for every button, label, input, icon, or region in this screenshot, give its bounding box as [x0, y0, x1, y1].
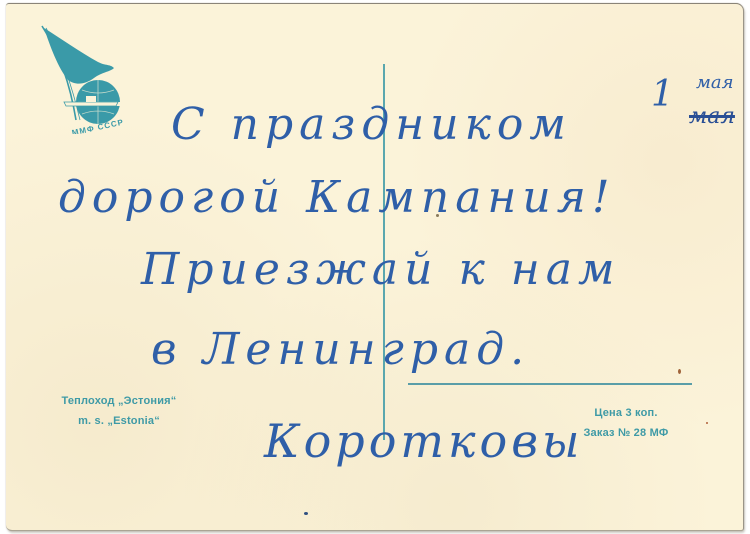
- paper-speck: [436, 214, 439, 217]
- paper-speck: [304, 512, 308, 515]
- handwritten-line-2: дорогой Кампания!: [58, 172, 616, 223]
- handwritten-date-struck: мая: [689, 104, 735, 129]
- handwritten-line-4: в Ленинград.: [151, 324, 530, 375]
- ship-name-en: m. s. „Estonia“: [44, 411, 194, 431]
- flag-globe-ship-icon: ММФ СССР: [40, 24, 126, 134]
- price-text: Цена 3 коп.: [576, 403, 676, 423]
- paper-speck: [678, 369, 681, 374]
- handwritten-signature: Коротковы: [264, 414, 583, 468]
- paper-speck: [706, 422, 708, 424]
- ship-caption: Теплоход „Эстония“ m. s. „Estonia“: [44, 391, 194, 431]
- handwritten-date-month: мая: [696, 72, 734, 93]
- handwritten-line-3: Приезжай к нам: [141, 244, 620, 295]
- postcard: ММФ СССР Теплоход „Эстония“ m. s. „Eston…: [6, 3, 744, 531]
- price-block: Цена 3 коп. Заказ № 28 МФ: [576, 403, 676, 443]
- handwritten-line-1: С праздником: [171, 99, 572, 150]
- mmf-logo: ММФ СССР: [40, 24, 126, 134]
- ship-name-ru: Теплоход „Эстония“: [44, 391, 194, 411]
- address-line: [408, 383, 692, 385]
- order-number: Заказ № 28 МФ: [576, 423, 676, 443]
- handwritten-date-number: 1: [651, 74, 674, 115]
